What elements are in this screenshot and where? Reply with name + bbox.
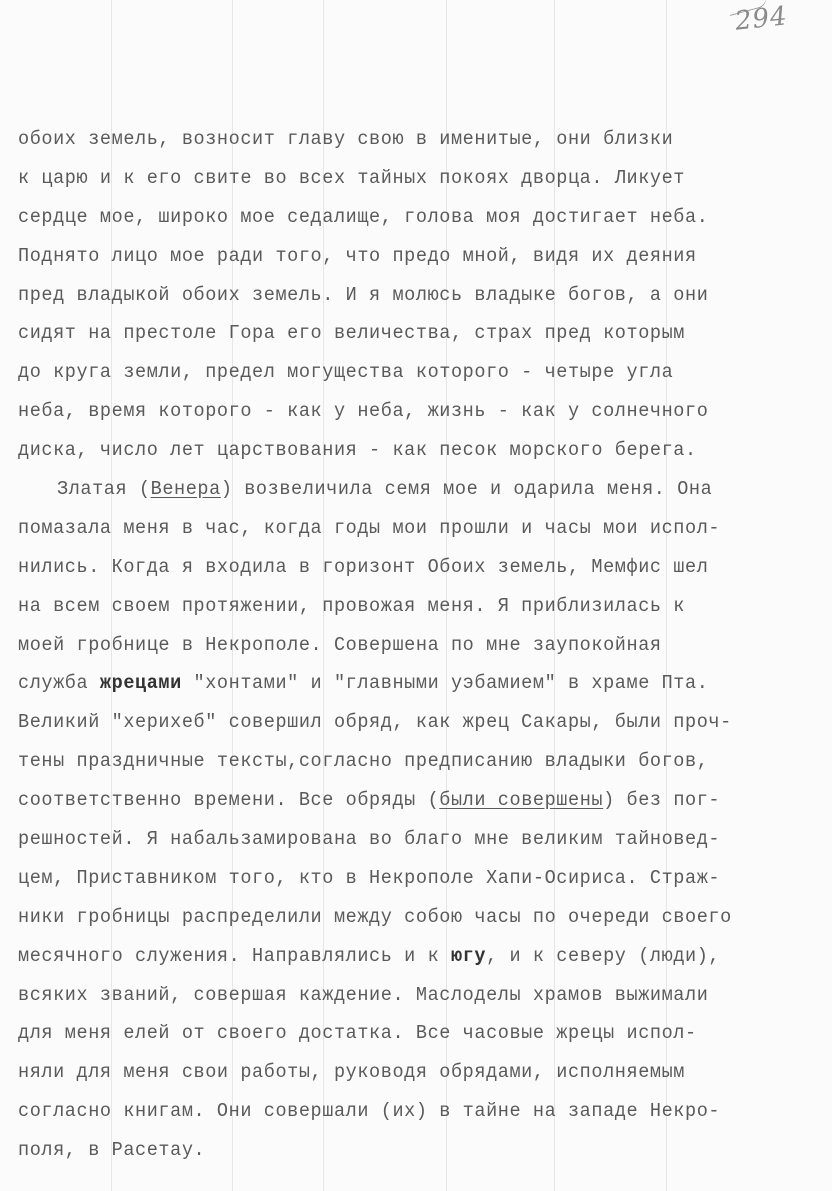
line-text: неба, время которого - как у неба, жизнь… bbox=[18, 400, 708, 422]
text-line: к царю и к его свите во всех тайных поко… bbox=[18, 159, 808, 198]
line-text: согласно книгам. Они совершали (их) в та… bbox=[18, 1100, 720, 1122]
text-line: няли для меня свои работы, руководя обря… bbox=[18, 1053, 808, 1092]
line-text: , и к северу (люди), bbox=[486, 945, 720, 967]
text-line: ники гробницы распределили между собою ч… bbox=[18, 898, 808, 937]
text-line: Златая (Венера) возвеличила семя мое и о… bbox=[18, 470, 808, 509]
text-line: сердце мое, широко мое седалище, голова … bbox=[18, 198, 808, 237]
body-text: обоих земель, возносит главу свою в имен… bbox=[18, 120, 828, 1170]
text-line: помазала меня в час, когда годы мои прош… bbox=[18, 509, 808, 548]
line-text: ) возвеличила семя мое и одарила меня. О… bbox=[221, 478, 712, 500]
line-text: месячного служения. Направлялись и к bbox=[18, 945, 451, 967]
line-text: до круга земли, предел могущества которо… bbox=[18, 361, 673, 383]
line-text: помазала меня в час, когда годы мои прош… bbox=[18, 517, 720, 539]
text-line: до круга земли, предел могущества которо… bbox=[18, 353, 808, 392]
text-line: для меня елей от своего достатка. Все ча… bbox=[18, 1014, 808, 1053]
line-text: Златая ( bbox=[57, 478, 151, 500]
line-text: решностей. Я набальзамирована во благо м… bbox=[18, 828, 720, 850]
line-text: моей гробнице в Некрополе. Совершена по … bbox=[18, 634, 662, 656]
text-line: месячного служения. Направлялись и к югу… bbox=[18, 937, 808, 976]
underlined-text: были совершены bbox=[439, 789, 603, 811]
bold-text: югу bbox=[451, 945, 486, 967]
text-line: нились. Когда я входила в горизонт Обоих… bbox=[18, 548, 808, 587]
text-line: тены праздничные тексты,согласно предпис… bbox=[18, 742, 808, 781]
text-line: служба жрецами "хонтами" и "главными уэб… bbox=[18, 664, 808, 703]
line-text: служба bbox=[18, 672, 100, 694]
text-line: неба, время которого - как у неба, жизнь… bbox=[18, 392, 808, 431]
line-text: тены праздничные тексты,согласно предпис… bbox=[18, 750, 708, 772]
line-text: диска, число лет царствования - как песо… bbox=[18, 439, 697, 461]
line-text: Великий "херихеб" совершил обряд, как жр… bbox=[18, 711, 732, 733]
text-line: на всем своем протяжении, провожая меня.… bbox=[18, 587, 808, 626]
text-line: диска, число лет царствования - как песо… bbox=[18, 431, 808, 470]
line-text: Поднято лицо мое ради того, что предо мн… bbox=[18, 245, 697, 267]
text-line: согласно книгам. Они совершали (их) в та… bbox=[18, 1092, 808, 1131]
line-text: на всем своем протяжении, провожая меня.… bbox=[18, 595, 685, 617]
line-text: ) без пог- bbox=[603, 789, 720, 811]
text-line: решностей. Я набальзамирована во благо м… bbox=[18, 820, 808, 859]
line-text: всяких званий, совершая каждение. Маслод… bbox=[18, 984, 708, 1006]
line-text: к царю и к его свите во всех тайных поко… bbox=[18, 167, 685, 189]
typewritten-page: 294 обоих земель, возносит главу свою в … bbox=[0, 0, 832, 1191]
line-text: соответственно времени. Все обряды ( bbox=[18, 789, 439, 811]
text-line: Поднято лицо мое ради того, что предо мн… bbox=[18, 237, 808, 276]
text-line: сидят на престоле Гора его величества, с… bbox=[18, 314, 808, 353]
underlined-text: Венера bbox=[151, 478, 221, 500]
text-line: пред владыкой обоих земель. И я молюсь в… bbox=[18, 276, 808, 315]
text-line: обоих земель, возносит главу свою в имен… bbox=[18, 120, 808, 159]
page-number: 294 bbox=[734, 1, 789, 36]
line-text: няли для меня свои работы, руководя обря… bbox=[18, 1061, 685, 1083]
line-text: обоих земель, возносит главу свою в имен… bbox=[18, 128, 673, 150]
line-text: для меня елей от своего достатка. Все ча… bbox=[18, 1022, 697, 1044]
line-text: "хонтами" и "главными уэбамием" в храме … bbox=[182, 672, 709, 694]
line-text: поля, в Расетау. bbox=[18, 1139, 205, 1161]
text-line: всяких званий, совершая каждение. Маслод… bbox=[18, 976, 808, 1015]
line-text: цем, Приставником того, кто в Некрополе … bbox=[18, 867, 720, 889]
text-line: соответственно времени. Все обряды (были… bbox=[18, 781, 808, 820]
line-text: пред владыкой обоих земель. И я молюсь в… bbox=[18, 284, 708, 306]
text-line: цем, Приставником того, кто в Некрополе … bbox=[18, 859, 808, 898]
text-line: моей гробнице в Некрополе. Совершена по … bbox=[18, 626, 808, 665]
text-line: Великий "херихеб" совершил обряд, как жр… bbox=[18, 703, 808, 742]
text-line: поля, в Расетау. bbox=[18, 1131, 808, 1170]
line-text: сердце мое, широко мое седалище, голова … bbox=[18, 206, 708, 228]
line-text: сидят на престоле Гора его величества, с… bbox=[18, 322, 685, 344]
bold-text: жрецами bbox=[100, 672, 182, 694]
line-text: ники гробницы распределили между собою ч… bbox=[18, 906, 732, 928]
line-text: нились. Когда я входила в горизонт Обоих… bbox=[18, 556, 708, 578]
